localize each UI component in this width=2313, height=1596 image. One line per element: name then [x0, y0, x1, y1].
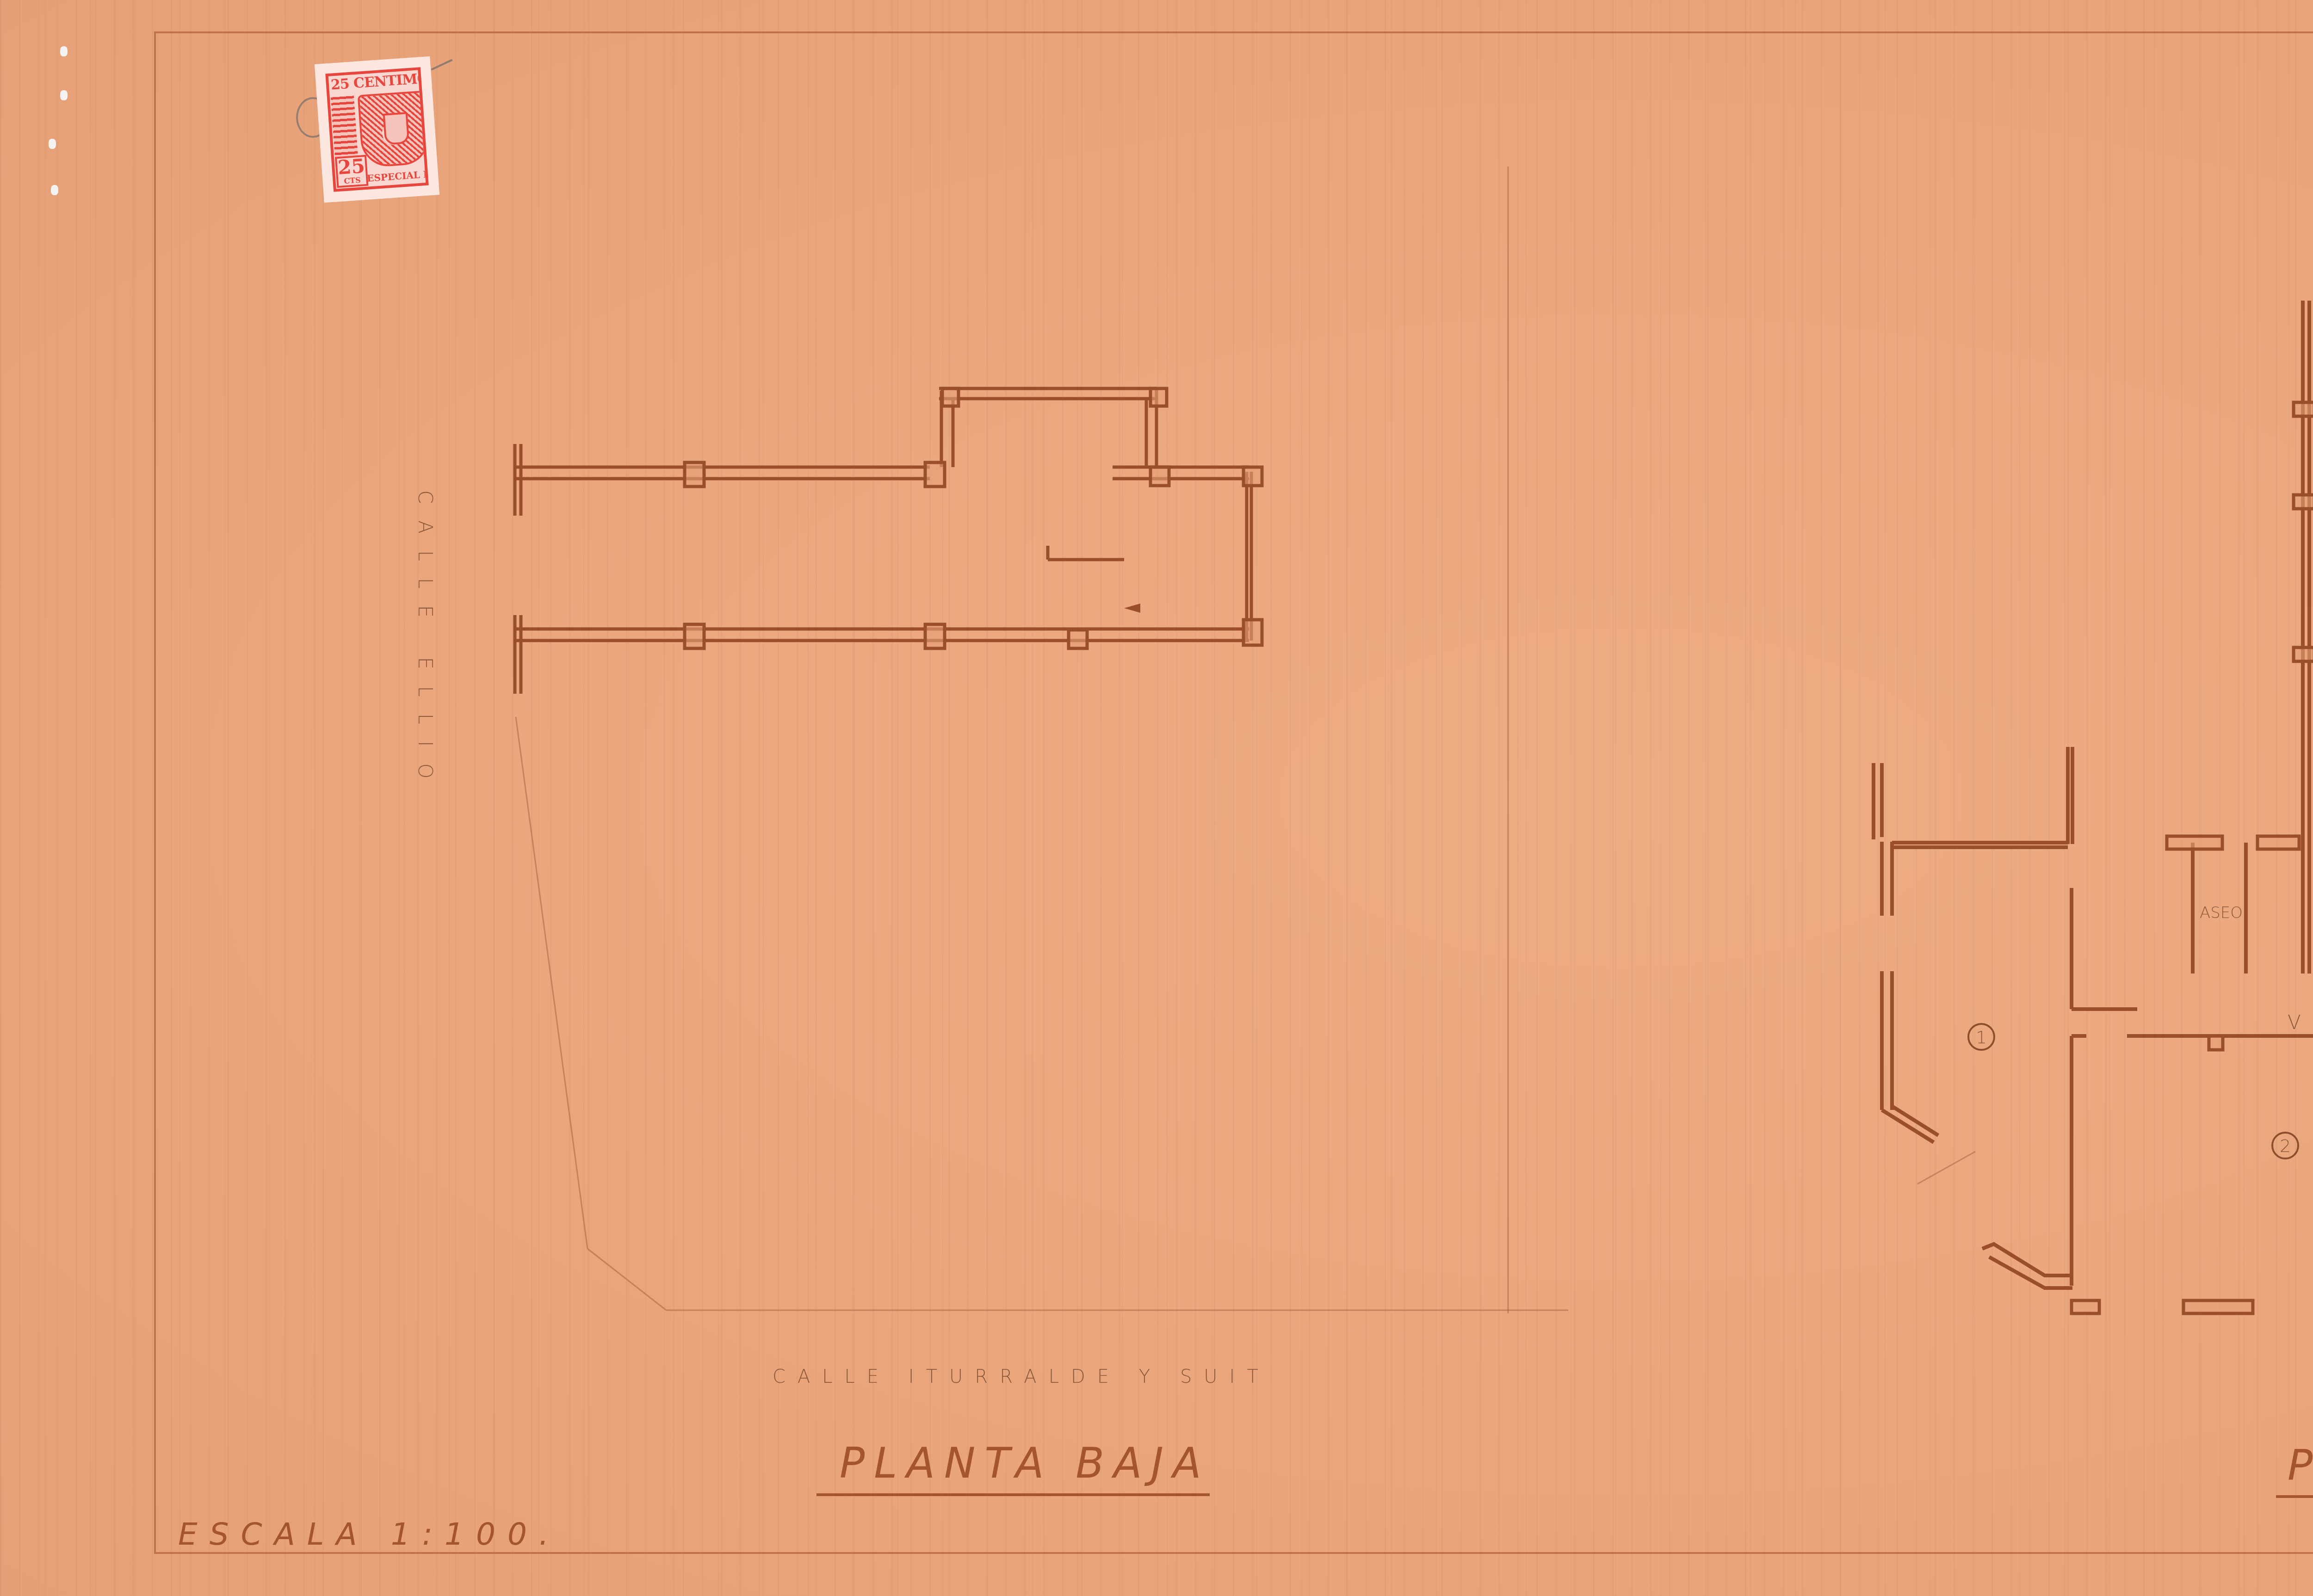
- pillar: [685, 624, 704, 648]
- pillar: [685, 462, 704, 487]
- pillar: [1243, 620, 1262, 645]
- wall: [1989, 1257, 2072, 1288]
- sheet-border: [155, 32, 2313, 1553]
- floor-plans: 123 CALLE ITURRALDE Y SUIT CALLE ELLIO V…: [0, 0, 2313, 1596]
- window-wall-segment: [2257, 836, 2299, 849]
- room-number-markers: 123: [1968, 1024, 2313, 1158]
- ground-floor-lot-outline: [516, 717, 1568, 1310]
- scale-label: ESCALA 1:100.: [178, 1516, 561, 1552]
- first-floor-guides: [1917, 562, 2313, 1387]
- stair-arrow-icon: [1124, 604, 1140, 613]
- first-floor-title: PLANTA 1ª: [2288, 1442, 2313, 1490]
- pillar: [1069, 630, 1087, 648]
- pillar: [2209, 1036, 2223, 1050]
- window-wall-segment: [2167, 836, 2222, 849]
- ground-floor-title: PLANTA BAJA: [840, 1439, 1211, 1488]
- toilet-label-left: ASEO: [2200, 904, 2243, 922]
- pillar: [2294, 402, 2313, 416]
- guide-line: [1917, 1152, 1975, 1184]
- pillar: [1150, 388, 1167, 406]
- pillar: [1243, 467, 1262, 486]
- pillar: [1150, 467, 1169, 486]
- ground-floor-pillars: [685, 388, 1262, 648]
- first-floor-walls: [1874, 296, 2313, 1295]
- lot-outline-line: [588, 1249, 666, 1310]
- room-number: 2: [2280, 1136, 2291, 1156]
- window-wall-segment: [2183, 1300, 2253, 1313]
- pillar: [925, 462, 945, 487]
- first-floor-pillars: [2209, 402, 2313, 1050]
- room-number: 1: [1976, 1027, 1987, 1048]
- pillar: [2294, 647, 2313, 661]
- pillar: [942, 388, 959, 406]
- ground-floor-walls: [515, 388, 1251, 694]
- street-label-bottom: CALLE ITURRALDE Y SUIT: [773, 1366, 1270, 1387]
- sheet-frame: [155, 32, 2313, 1553]
- blueprint-sheet: 25 CENTIMOS 25 CTS ESPECIAL MOVIL 123 CA…: [0, 0, 2313, 1596]
- pillar: [2294, 495, 2313, 509]
- window-wall-segment: [2072, 1300, 2099, 1313]
- lot-outline-line: [516, 717, 588, 1249]
- vestibule-label: VESTIBULO: [2288, 1011, 2313, 1034]
- pillar: [925, 624, 945, 648]
- stair-glyphs: [1124, 580, 2313, 613]
- street-label-left: CALLE ELLIO: [414, 490, 437, 795]
